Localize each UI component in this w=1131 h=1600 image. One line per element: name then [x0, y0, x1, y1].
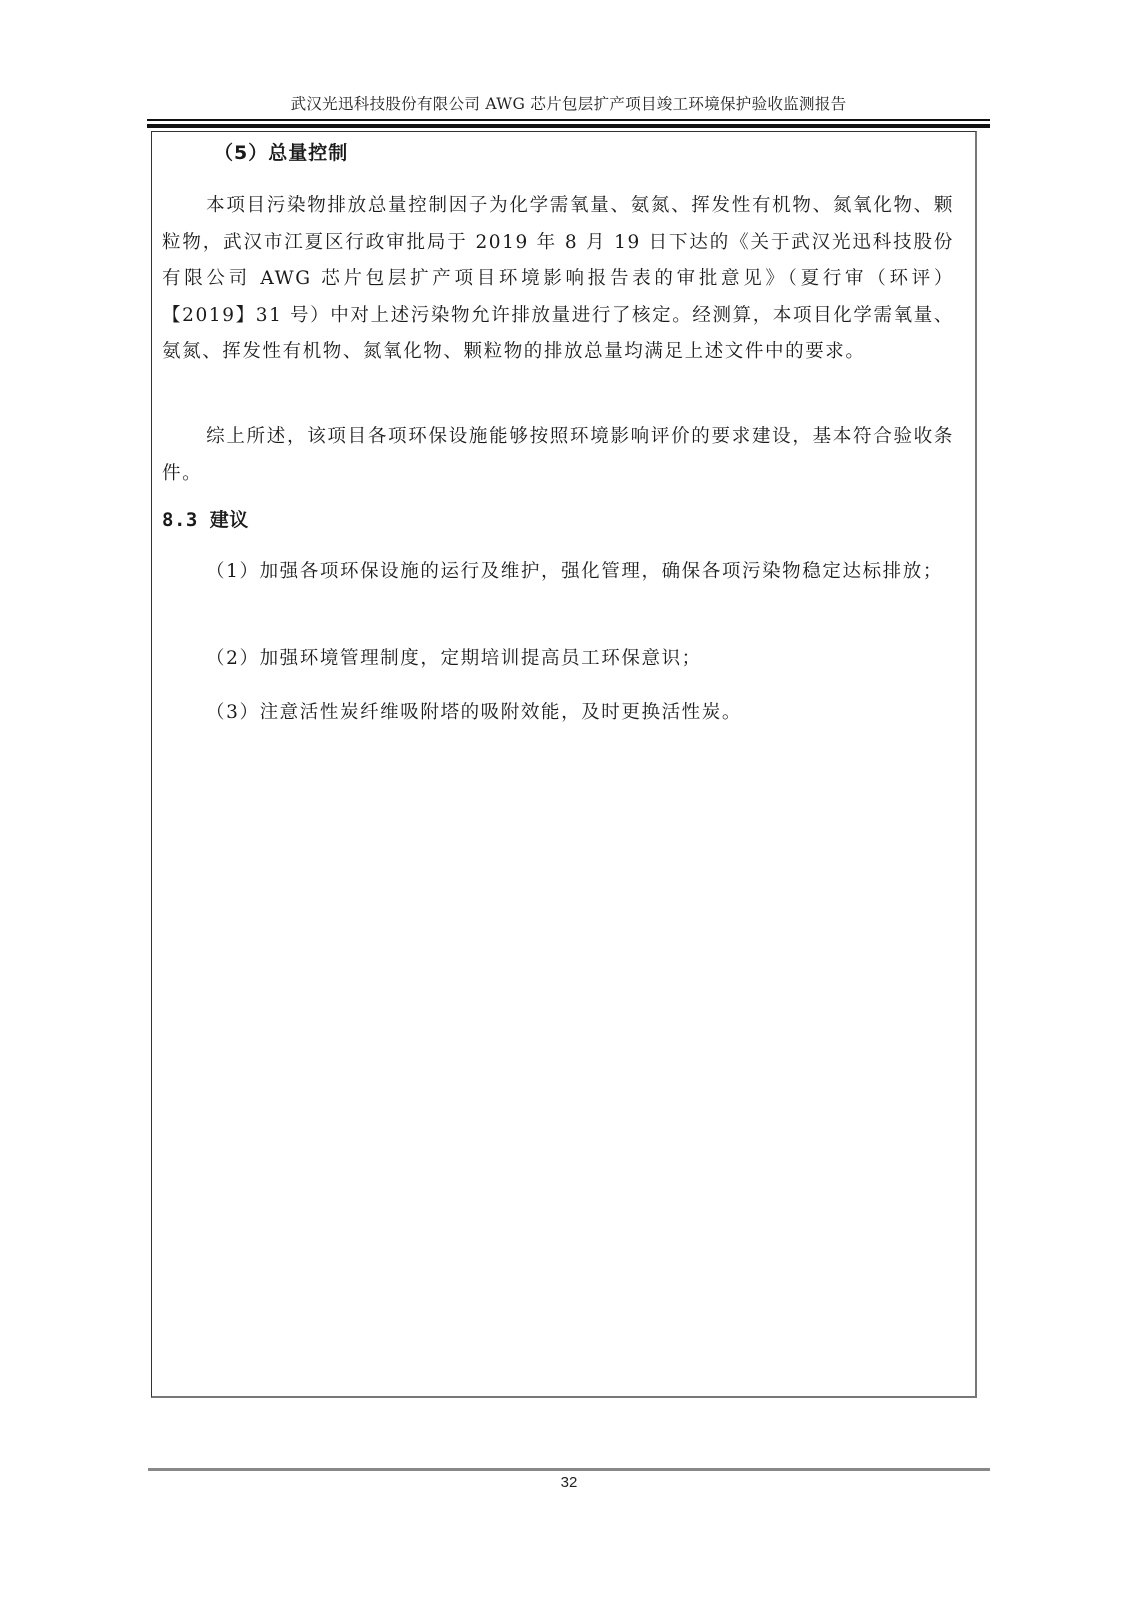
recommendation-item: （3）注意活性炭纤维吸附塔的吸附效能，及时更换活性炭。	[162, 695, 954, 732]
recommendation-text: （2）加强环境管理制度，定期培训提高员工环保意识；	[206, 648, 702, 669]
footer-rule	[148, 1468, 990, 1471]
recommendation-item: （2）加强环境管理制度，定期培训提高员工环保意识；	[162, 641, 954, 678]
recommendation-text: （1）加强各项环保设施的运行及维护，强化管理，确保各项污染物稳定达标排放；	[206, 561, 943, 582]
paragraph-summary-text: 综上所述，该项目各项环保设施能够按照环境影响评价的要求建设，基本符合验收条件。	[162, 426, 954, 484]
recommendation-text: （3）注意活性炭纤维吸附塔的吸附效能，及时更换活性炭。	[206, 702, 742, 723]
content-frame: （5）总量控制 本项目污染物排放总量控制因子为化学需氧量、氨氮、挥发性有机物、氮…	[151, 131, 977, 1398]
paragraph-total-control-text: 本项目污染物排放总量控制因子为化学需氧量、氨氮、挥发性有机物、氮氧化物、颗粒物，…	[162, 195, 954, 362]
paragraph-total-control: 本项目污染物排放总量控制因子为化学需氧量、氨氮、挥发性有机物、氮氧化物、颗粒物，…	[162, 188, 954, 371]
paragraph-summary: 综上所述，该项目各项环保设施能够按照环境影响评价的要求建设，基本符合验收条件。	[162, 419, 954, 492]
page-number: 32	[148, 1473, 990, 1493]
recommendation-item: （1）加强各项环保设施的运行及维护，强化管理，确保各项污染物稳定达标排放；	[162, 554, 954, 591]
header-rule-thick	[147, 124, 990, 128]
header-rule-thin	[147, 119, 990, 121]
document-header-title: 武汉光迅科技股份有限公司 AWG 芯片包层扩产项目竣工环境保护验收监测报告	[147, 94, 990, 114]
section-heading-recommendations: 8.3 建议	[162, 505, 249, 535]
subsection-heading-total-control: （5）总量控制	[214, 138, 348, 168]
